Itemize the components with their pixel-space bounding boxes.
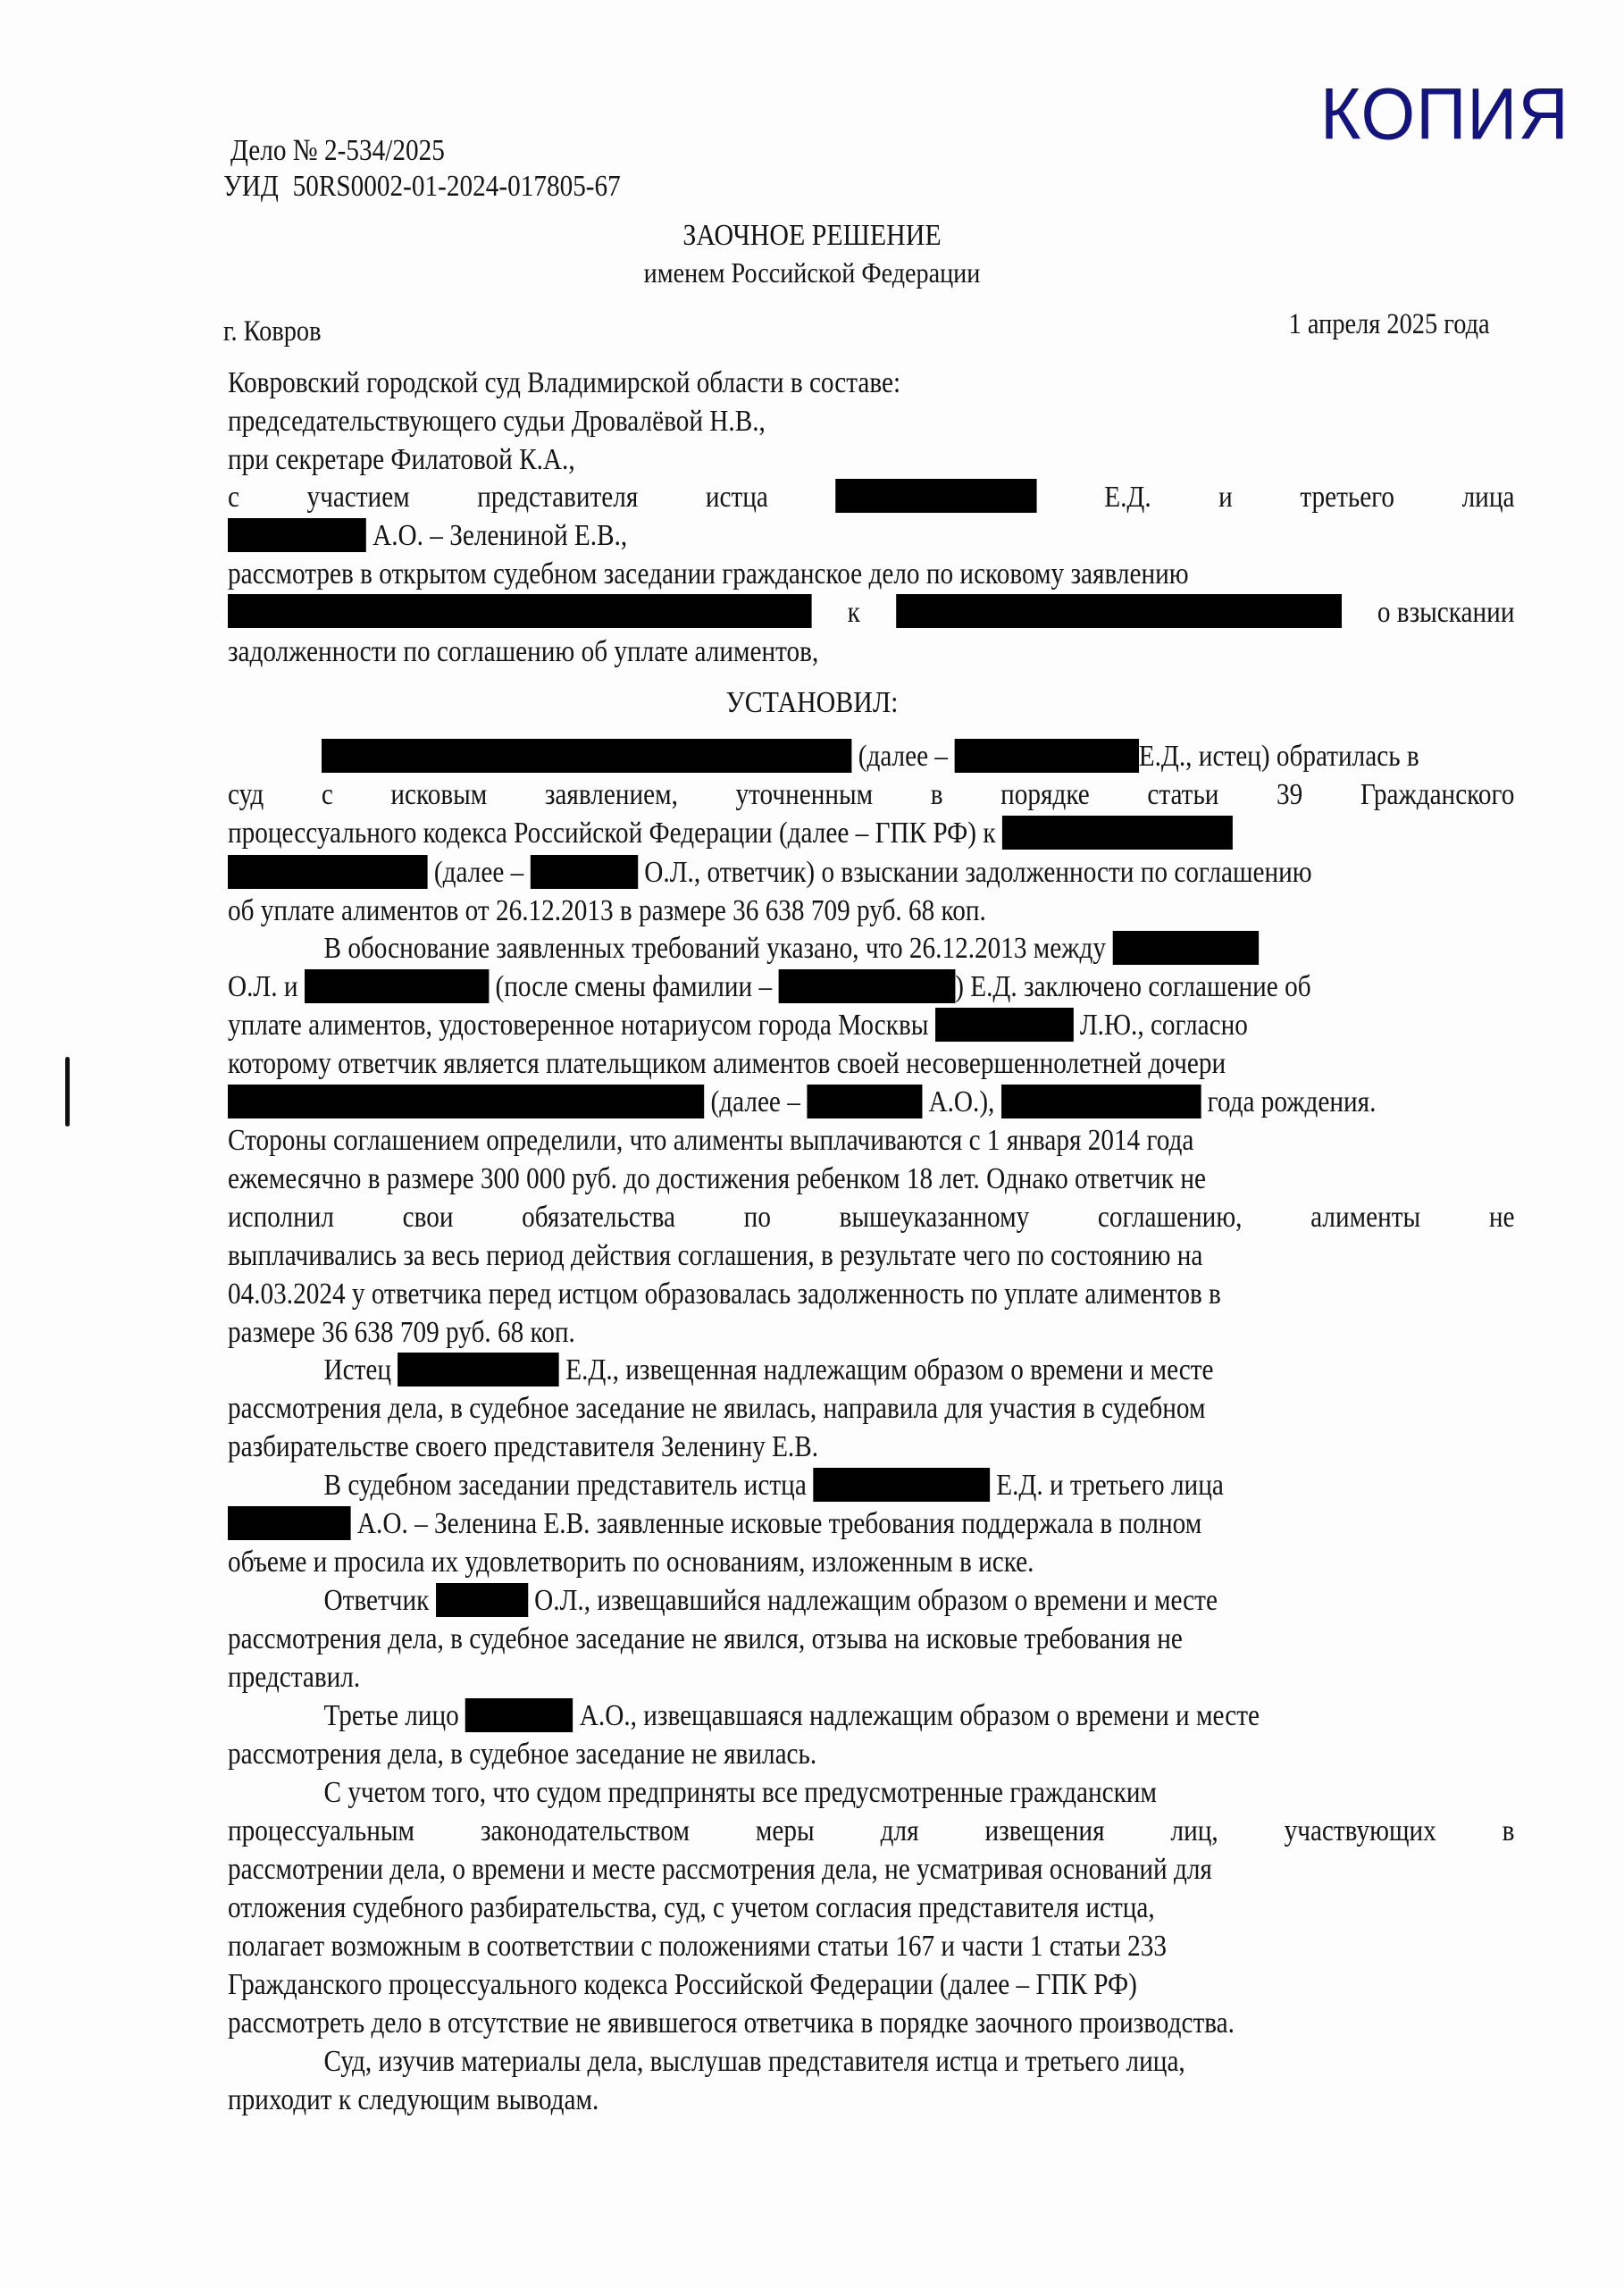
document-title: ЗАОЧНОЕ РЕШЕНИЕ (97, 219, 1527, 253)
decision-date: 1 апреля 2025 года (1289, 308, 1490, 341)
body-line: размере 36 638 709 руб. 68 коп. (228, 1314, 1334, 1352)
redaction (778, 969, 955, 1003)
redaction (305, 969, 489, 1003)
body-line: отложения судебного разбирательства, суд… (228, 1889, 1334, 1927)
body-line: представил. (228, 1659, 1334, 1696)
body-line: приходит к следующим выводам. (228, 2082, 1334, 2119)
body-line: рассмотреть дело в отсутствие не явившег… (228, 2005, 1334, 2042)
redaction (1001, 1085, 1201, 1118)
intro-line: рассмотрев в открытом судебном заседании… (228, 556, 1334, 593)
body-line: (далее – О.Л., ответчик) о взыскании зад… (228, 854, 1334, 892)
redaction (228, 1506, 351, 1540)
case-uid: УИД 50RS0002-01-2024-017805-67 (223, 170, 621, 204)
redaction (465, 1698, 573, 1732)
redaction (813, 1468, 990, 1502)
redaction (228, 518, 366, 552)
body-line: исполнил свои обязательства по вышеуказа… (228, 1199, 1515, 1236)
intro-line: при секретаре Филатовой К.А., (228, 441, 1334, 479)
body-line: Истец Е.Д., извещенная надлежащим образо… (228, 1352, 1430, 1389)
body-line: суд с исковым заявлением, уточненным в п… (228, 776, 1515, 814)
redaction (322, 739, 851, 773)
section-heading: УСТАНОВИЛ: (97, 686, 1527, 720)
body-line: рассмотрении дела, о времени и месте рас… (228, 1851, 1334, 1889)
redaction (935, 1008, 1074, 1042)
margin-mark (65, 1057, 70, 1127)
body-line: уплате алиментов, удостоверенное нотариу… (228, 1007, 1334, 1044)
intro-line: А.О. – Зелениной Е.В., (228, 517, 1334, 555)
body-line: Суд, изучив материалы дела, выслушав пре… (228, 2043, 1430, 2081)
redaction (1002, 816, 1233, 850)
city: г. Ковров (223, 315, 322, 348)
redaction (228, 1085, 704, 1118)
body-line: Гражданского процессуального кодекса Рос… (228, 1966, 1334, 2004)
redaction (1112, 931, 1258, 965)
redaction (954, 739, 1138, 773)
intro-line: к о взыскании (228, 594, 1515, 632)
intro-line: председательствующего судьи Дровалёвой Н… (228, 403, 1334, 440)
body-line: рассмотрения дела, в судебное заседание … (228, 1736, 1334, 1773)
redaction (807, 1085, 922, 1118)
redaction (228, 855, 428, 889)
body-line: С учетом того, что судом предприняты все… (228, 1774, 1430, 1812)
body-line: ежемесячно в размере 300 000 руб. до дос… (228, 1160, 1334, 1198)
document-page: КОПИЯ Дело № 2-534/2025 УИД 50RS0002-01-… (0, 0, 1624, 2287)
redaction (228, 594, 812, 628)
body-line: (далее – А.О.), года рождения. (228, 1084, 1334, 1121)
redaction (531, 855, 638, 889)
intro-line: Ковровский городской суд Владимирской об… (228, 364, 1334, 402)
body-line: В судебном заседании представитель истца… (228, 1467, 1430, 1504)
copy-stamp: КОПИЯ (1320, 71, 1570, 157)
body-line: рассмотрения дела, в судебное заседание … (228, 1390, 1334, 1428)
body-line: процессуальным законодательством меры дл… (228, 1813, 1515, 1850)
body-line: процессуального кодекса Российской Федер… (228, 815, 1334, 852)
body-line: выплачивались за весь период действия со… (228, 1237, 1334, 1275)
body-line: объеме и просила их удовлетворить по осн… (228, 1544, 1334, 1581)
body-line: А.О. – Зеленина Е.В. заявленные исковые … (228, 1505, 1334, 1543)
body-line: О.Л. и (после смены фамилии – ) Е.Д. зак… (228, 968, 1334, 1006)
body-line: которому ответчик является плательщиком … (228, 1045, 1334, 1083)
body-line: об уплате алиментов от 26.12.2013 в разм… (228, 892, 1334, 930)
case-number: Дело № 2-534/2025 (230, 134, 445, 168)
redaction (835, 479, 1036, 513)
intro-line: с участием представителя истца Е.Д. и тр… (228, 479, 1515, 516)
intro-line: задолженности по соглашению об уплате ал… (228, 633, 1334, 671)
document-subtitle: именем Российской Федерации (97, 256, 1527, 289)
body-line: полагает возможным в соответствии с поло… (228, 1928, 1334, 1965)
body-line: разбирательстве своего представителя Зел… (228, 1428, 1334, 1466)
redaction (398, 1353, 559, 1386)
body-line: 04.03.2024 у ответчика перед истцом обра… (228, 1276, 1334, 1313)
redaction (896, 594, 1342, 628)
body-line: В обоснование заявленных требований указ… (228, 930, 1430, 968)
redaction (436, 1583, 528, 1617)
body-line: Стороны соглашением определили, что алим… (228, 1122, 1334, 1160)
body-line: Третье лицо А.О., извещавшаяся надлежащи… (228, 1697, 1430, 1735)
body-line: (далее – Е.Д., истец) обратилась в (322, 738, 1427, 775)
body-line: рассмотрения дела, в судебное заседание … (228, 1621, 1334, 1658)
body-line: Ответчик О.Л., извещавшийся надлежащим о… (228, 1582, 1430, 1620)
